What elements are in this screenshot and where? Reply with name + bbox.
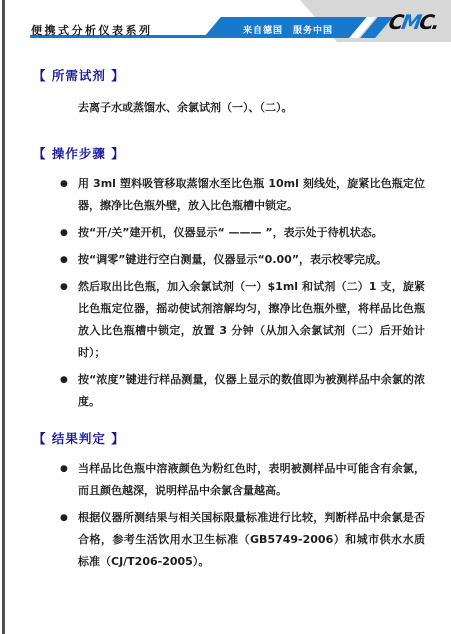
series-title: 便携式分析仪表系列 [31, 22, 153, 38]
bullet-dot-icon: ● [60, 249, 68, 271]
result-text: 根据仪器所测结果与相关国标限量标准进行比较，判断样品中余氯是否合格，参考生活饮用… [78, 511, 425, 568]
list-item: ●按“调零”键进行空白测量，仪器显示“0.00”，表示校零完成。 [60, 249, 425, 271]
section-title-results: 【 结果判定 】 [33, 429, 451, 447]
header-tagline: 来自德国 服务中国 [228, 23, 348, 36]
section-title-steps: 【 操作步骤 】 [33, 144, 451, 162]
step-text: 按“调零”键进行空白测量，仪器显示“0.00”，表示校零完成。 [78, 253, 387, 266]
result-text: 当样品比色瓶中溶液颜色为粉红色时，表明被测样品中可能含有余氯，而且颜色越深，说明… [78, 462, 425, 497]
bullet-dot-icon: ● [60, 276, 68, 298]
results-list: ●当样品比色瓶中溶液颜色为粉红色时，表明被测样品中可能含有余氯，而且颜色越深，说… [60, 458, 425, 573]
bullet-dot-icon: ● [60, 458, 68, 480]
step-text: 按“浓度”键进行样品测量，仪器上显示的数值即为被测样品中余氯的浓度。 [78, 373, 425, 408]
bullet-dot-icon: ● [60, 222, 68, 244]
document-content: 【 所需试剂 】 去离子水或蒸馏水、余氯试剂（一）、（二）。 【 操作步骤 】 … [0, 46, 451, 578]
reagents-body: 去离子水或蒸馏水、余氯试剂（一）、（二）。 [78, 99, 423, 117]
bullet-dot-icon: ● [60, 173, 68, 195]
step-text: 按“开/关”建开机，仪器显示“ ——— ”，表示处于待机状态。 [78, 226, 383, 239]
bullet-dot-icon: ● [60, 507, 68, 529]
cmc-logo: CMC. [387, 10, 440, 34]
steps-list: ●用 3ml 塑料吸管移取蒸馏水至比色瓶 10ml 刻线处，旋紧比色瓶定位器，擦… [60, 173, 425, 413]
document-page: 便携式分析仪表系列 来自德国 服务中国 CMC. 【 所需试剂 】 去离子水或蒸… [0, 0, 451, 634]
list-item: ●根据仪器所测结果与相关国标限量标准进行比较，判断样品中余氯是否合格，参考生活饮… [60, 507, 425, 573]
list-item: ●用 3ml 塑料吸管移取蒸馏水至比色瓶 10ml 刻线处，旋紧比色瓶定位器，擦… [60, 173, 425, 217]
step-text: 然后取出比色瓶，加入余氯试剂（一）$1ml 和试剂（二）1 支，旋紧比色瓶定位器… [78, 280, 425, 359]
bullet-dot-icon: ● [60, 369, 68, 391]
section-title-reagents: 【 所需试剂 】 [33, 66, 451, 84]
list-item: ●按“浓度”键进行样品测量，仪器上显示的数值即为被测样品中余氯的浓度。 [60, 369, 425, 413]
step-text: 用 3ml 塑料吸管移取蒸馏水至比色瓶 10ml 刻线处，旋紧比色瓶定位器，擦净… [78, 177, 425, 212]
list-item: ●然后取出比色瓶，加入余氯试剂（一）$1ml 和试剂（二）1 支，旋紧比色瓶定位… [60, 276, 425, 364]
list-item: ●按“开/关”建开机，仪器显示“ ——— ”，表示处于待机状态。 [60, 222, 425, 244]
list-item: ●当样品比色瓶中溶液颜色为粉红色时，表明被测样品中可能含有余氯，而且颜色越深，说… [60, 458, 425, 502]
